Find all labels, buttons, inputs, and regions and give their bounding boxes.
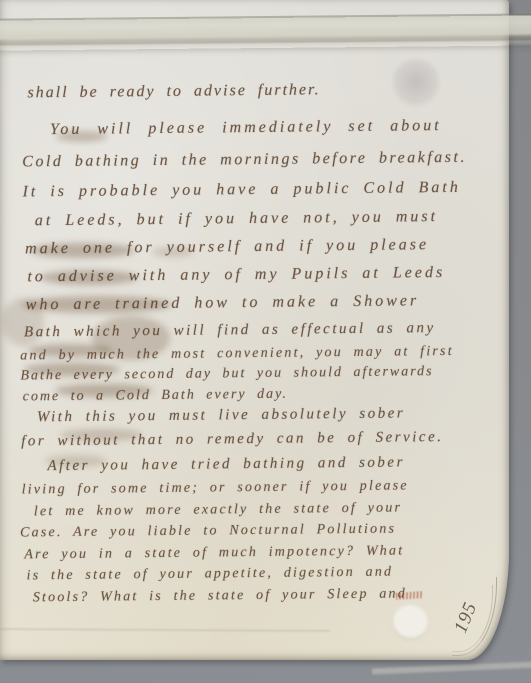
ink-smudge (60, 429, 142, 441)
handwriting-line: at Leeds, but if you have not, you must (35, 208, 438, 230)
handwriting-line: Stools? What is the state of your Sleep … (33, 586, 407, 606)
ink-smudge (24, 363, 120, 376)
handwriting-line: With this you must live absolutely sober (37, 405, 405, 426)
ink-smudge (152, 247, 194, 257)
handwriting-line: is the state of your appetite, digestion… (26, 565, 393, 585)
ink-smudge (56, 131, 108, 142)
handwriting-line: Case. Are you liable to Nocturnal Pollut… (20, 522, 396, 542)
handwriting-line: let me know more exactly the state of yo… (34, 500, 402, 520)
handwriting-line: Are you in a state of much impotency? Wh… (24, 543, 404, 563)
ink-smudge (22, 296, 172, 313)
handwriting-line: You will please immediately set about (50, 117, 442, 139)
letter-body: shall be ready to advise further.You wil… (0, 0, 512, 663)
ink-smudge (40, 270, 138, 285)
ink-smudge (30, 243, 135, 258)
handwriting-line: It is probable you have a public Cold Ba… (22, 179, 460, 202)
ink-smudge (28, 344, 112, 357)
handwriting-line: Cold bathing in the mornings before brea… (22, 149, 467, 172)
letter-page: shall be ready to advise further.You wil… (0, 0, 509, 660)
handwriting-line: shall be ready to advise further. (27, 81, 320, 102)
underlying-sheet-edge (372, 662, 531, 675)
handwriting-line: living for some time; or sooner if you p… (22, 478, 409, 498)
handwriting-line: Bath which you will find as effectual as… (24, 320, 436, 341)
photo-background: shall be ready to advise further.You wil… (0, 0, 531, 683)
ink-smudge (45, 455, 107, 467)
ink-smudge (55, 384, 153, 397)
